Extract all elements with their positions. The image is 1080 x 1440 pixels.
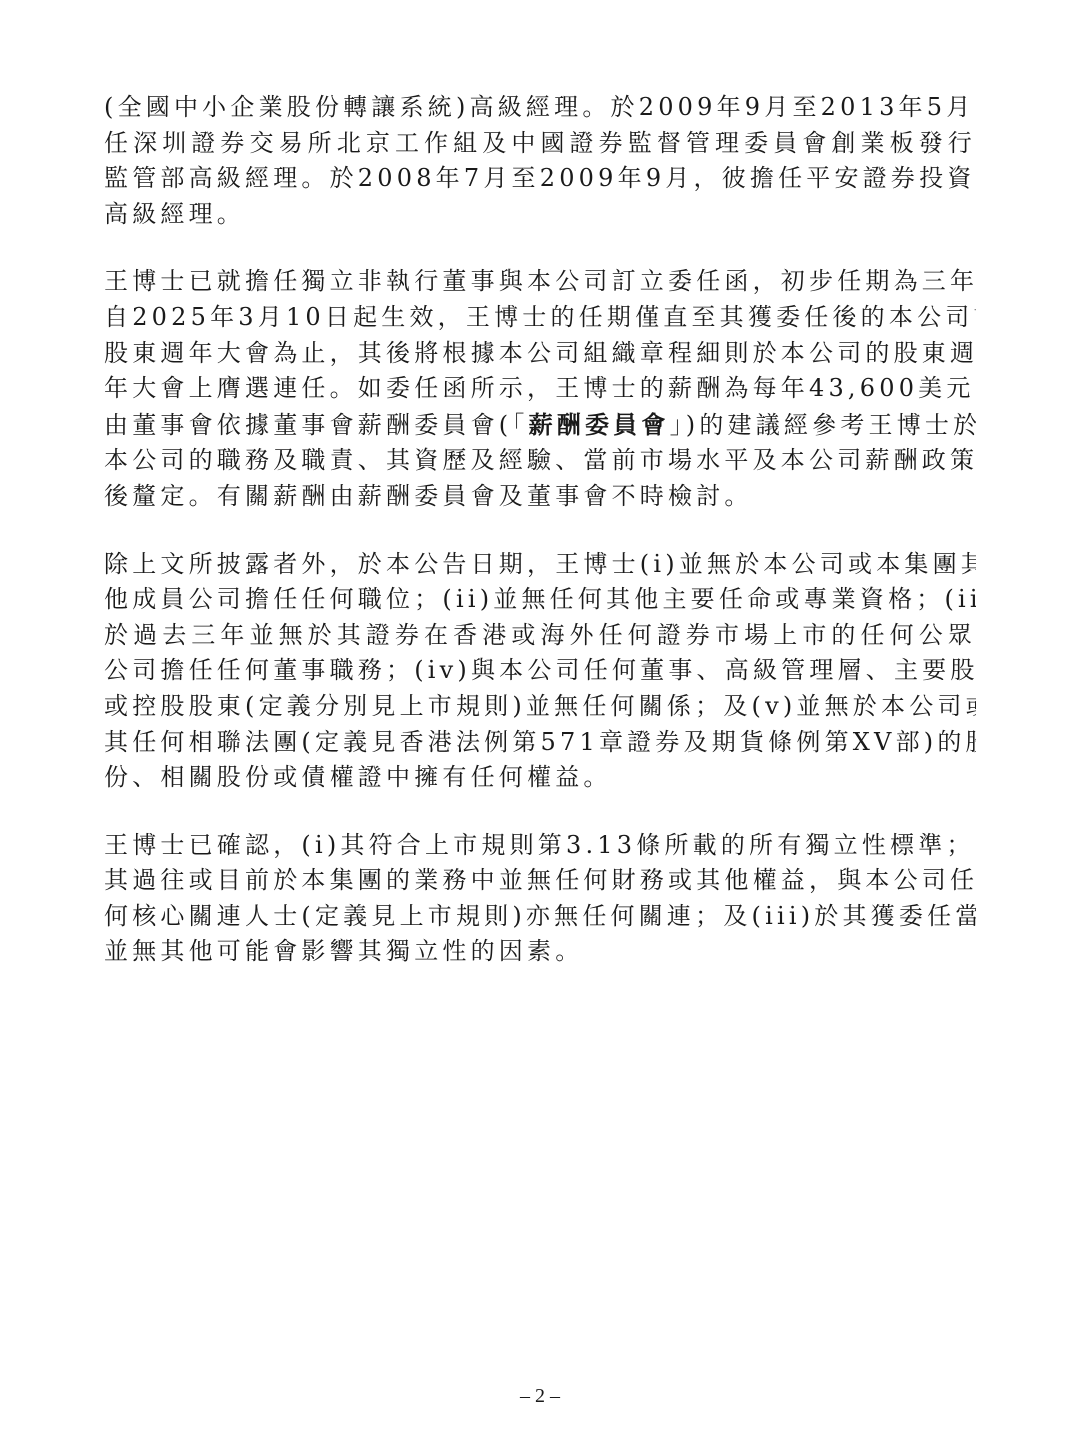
- text-line: 後釐定。有關薪酬由薪酬委員會及董事會不時檢討。: [104, 479, 976, 515]
- text-line: 股東週年大會為止，其後將根據本公司組織章程細則於本公司的股東週: [104, 336, 976, 372]
- paragraph-career-history: (全國中小企業股份轉讓系統)高級經理。於2009年9月至2013年5月，彼擔 任…: [104, 90, 976, 232]
- text-line: 公司擔任任何董事職務；(iv)與本公司任何董事、高級管理層、主要股東: [104, 653, 976, 689]
- text-line: 並無其他可能會影響其獨立性的因素。: [104, 934, 976, 970]
- text-line: 或控股股東(定義分別見上市規則)並無任何關係；及(v)並無於本公司或: [104, 689, 976, 725]
- text-line-with-defined-term: 由董事會依據董事會薪酬委員會(「薪酬委員會」)的建議經參考王博士於: [104, 407, 976, 444]
- page-number: – 2 –: [0, 1385, 1080, 1408]
- text-line: (全國中小企業股份轉讓系統)高級經理。於2009年9月至2013年5月，彼擔: [104, 90, 976, 126]
- text-line: 何核心關連人士(定義見上市規則)亦無任何關連；及(iii)於其獲委任當時: [104, 899, 976, 935]
- text-line: 自2025年3月10日起生效，王博士的任期僅直至其獲委任後的本公司首屆: [104, 300, 976, 336]
- text-line: 份、相關股份或債權證中擁有任何權益。: [104, 760, 976, 796]
- text-segment: 由董事會依據董事會薪酬委員會(「: [104, 411, 529, 439]
- text-line: 高級經理。: [104, 197, 976, 233]
- text-line: 本公司的職務及職責、其資歷及經驗、當前市場水平及本公司薪酬政策: [104, 443, 976, 479]
- paragraph-appointment-terms: 王博士已就擔任獨立非執行董事與本公司訂立委任函，初步任期為三年， 自2025年3…: [104, 264, 976, 514]
- text-line: 除上文所披露者外，於本公告日期，王博士(i)並無於本公司或本集團其: [104, 547, 976, 583]
- defined-term-remuneration-committee: 薪酬委員會: [529, 410, 670, 439]
- text-line: 其任何相聯法團(定義見香港法例第571章證券及期貨條例第XV部)的股: [104, 725, 976, 761]
- paragraph-independence-confirmation: 王博士已確認，(i)其符合上市規則第3.13條所載的所有獨立性標準；(ii) 其…: [104, 828, 976, 970]
- paragraph-disclosures: 除上文所披露者外，於本公告日期，王博士(i)並無於本公司或本集團其 他成員公司擔…: [104, 547, 976, 796]
- text-line: 其過往或目前於本集團的業務中並無任何財務或其他權益，與本公司任: [104, 863, 976, 899]
- text-line: 監管部高級經理。於2008年7月至2009年9月，彼擔任平安證券投資銀行部: [104, 161, 976, 197]
- text-line: 他成員公司擔任任何職位；(ii)並無任何其他主要任命或專業資格；(iii): [104, 582, 976, 618]
- text-line: 任深圳證券交易所北京工作組及中國證券監督管理委員會創業板發行: [104, 126, 976, 162]
- text-line: 於過去三年並無於其證券在香港或海外任何證券市場上市的任何公眾: [104, 618, 976, 654]
- text-line: 年大會上膺選連任。如委任函所示，王博士的薪酬為每年43,600美元，乃: [104, 371, 976, 407]
- text-line: 王博士已就擔任獨立非執行董事與本公司訂立委任函，初步任期為三年，: [104, 264, 976, 300]
- text-line: 王博士已確認，(i)其符合上市規則第3.13條所載的所有獨立性標準；(ii): [104, 828, 976, 864]
- text-segment: 」)的建議經參考王博士於: [670, 411, 976, 439]
- document-page: (全國中小企業股份轉讓系統)高級經理。於2009年9月至2013年5月，彼擔 任…: [104, 90, 976, 1002]
